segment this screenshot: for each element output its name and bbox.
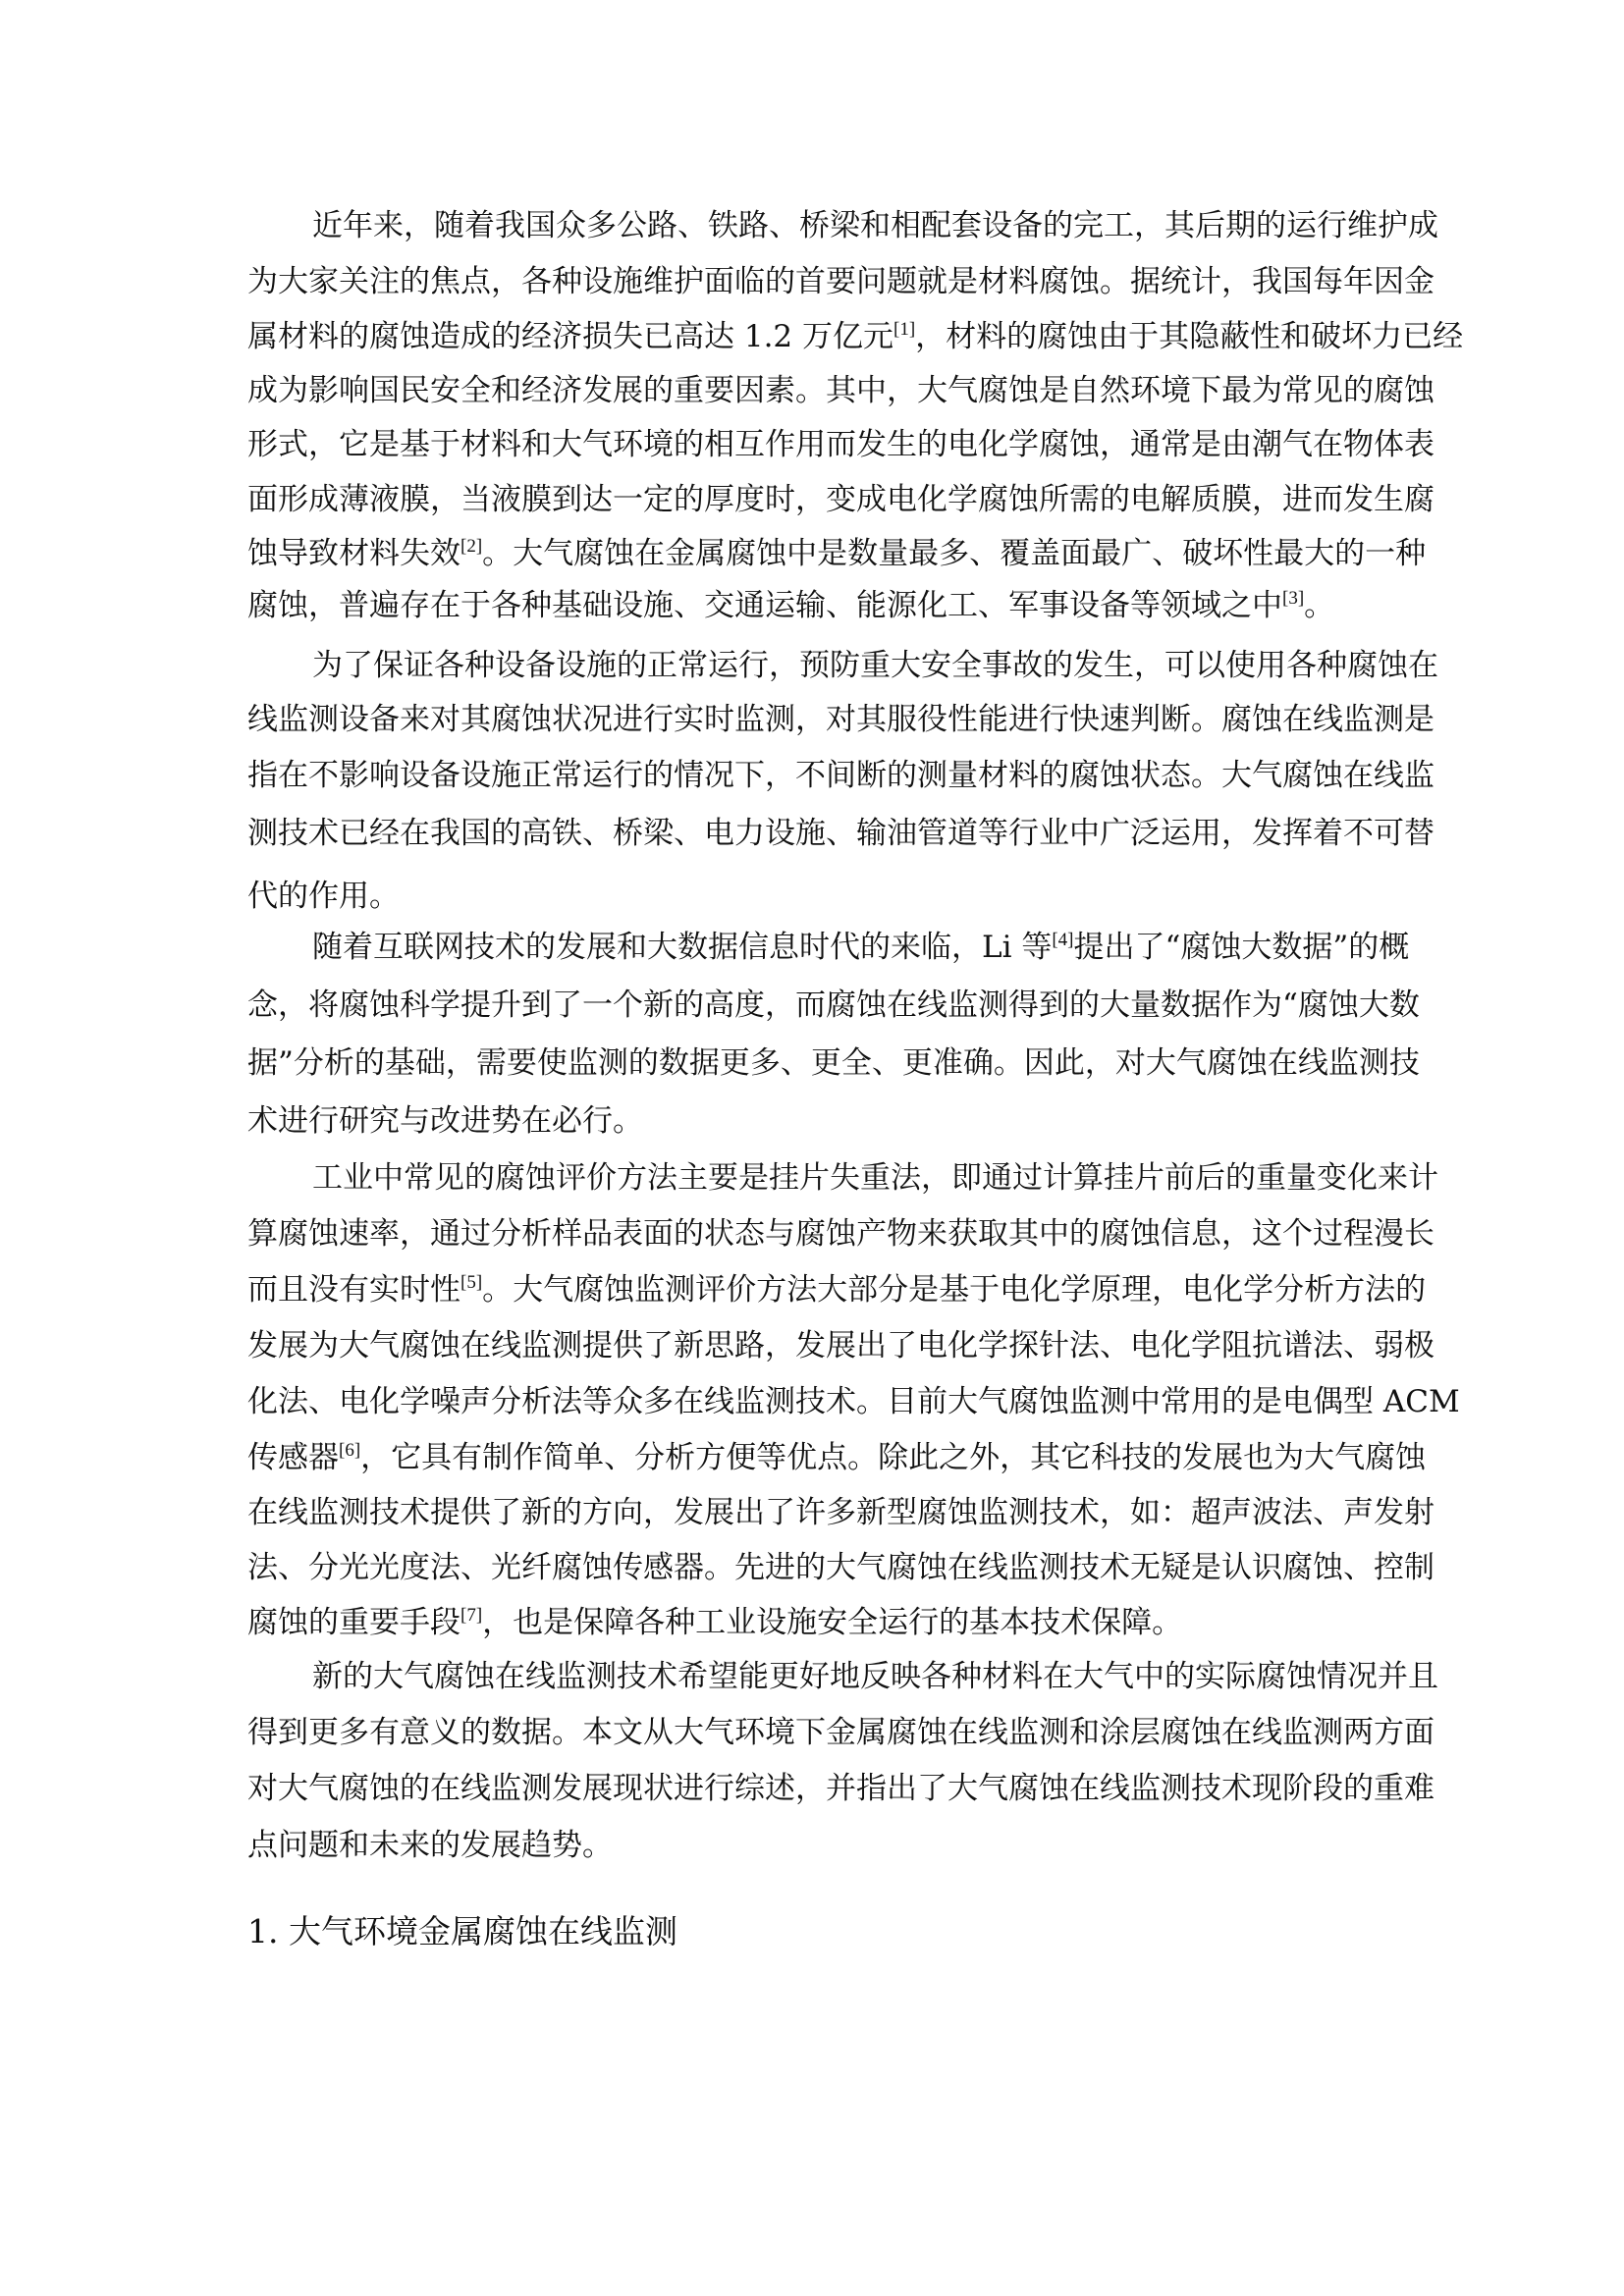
text-run: 代的作用。 xyxy=(247,879,400,914)
paragraph-1-line: 属材料的腐蚀造成的经济损失已高达 1.2 万亿元[1]，材料的腐蚀由于其隐蔽性和… xyxy=(247,317,1377,356)
paragraph-3-line: 念，将腐蚀科学提升到了一个新的高度，而腐蚀在线监测得到的大量数据作为“腐蚀大数 xyxy=(247,986,1377,1025)
paragraph-2-line: 代的作用。 xyxy=(247,877,1377,916)
citation-ref: [7] xyxy=(460,1605,482,1626)
text-run: 随着互联网技术的发展和大数据信息时代的来临，Li 等 xyxy=(312,930,1052,965)
paragraph-5-line: 得到更多有意义的数据。本文从大气环境下金属腐蚀在线监测和涂层腐蚀在线监测两方面 xyxy=(247,1713,1377,1752)
text-run: 点问题和未来的发展趋势。 xyxy=(247,1828,613,1863)
text-run: 属材料的腐蚀造成的经济损失已高达 1.2 万亿元 xyxy=(247,319,893,354)
paragraph-1-line: 形式，它是基于材料和大气环境的相互作用而发生的电化学腐蚀，通常是由潮气在物体表 xyxy=(247,425,1377,464)
paragraph-4-line: 法、分光光度法、光纤腐蚀传感器。先进的大气腐蚀在线监测技术无疑是认识腐蚀、控制 xyxy=(247,1548,1377,1587)
text-run: 工业中常见的腐蚀评价方法主要是挂片失重法，即通过计算挂片前后的重量变化来计 xyxy=(312,1160,1438,1196)
paragraph-1-line: 近年来，随着我国众多公路、铁路、桥梁和相配套设备的完工，其后期的运行维护成 xyxy=(247,206,1377,245)
text-run: 测技术已经在我国的高铁、桥梁、电力设施、输油管道等行业中广泛运用，发挥着不可替 xyxy=(247,816,1435,851)
text-run: 术进行研究与改进势在必行。 xyxy=(247,1103,643,1139)
paragraph-5-line: 新的大气腐蚀在线监测技术希望能更好地反映各种材料在大气中的实际腐蚀情况并且 xyxy=(247,1657,1377,1696)
text-run: 为大家关注的焦点，各种设施维护面临的首要问题就是材料腐蚀。据统计，我国每年因金 xyxy=(247,264,1435,299)
text-run: 念，将腐蚀科学提升到了一个新的高度，而腐蚀在线监测得到的大量数据作为“腐蚀大数 xyxy=(247,988,1420,1023)
paragraph-5-line: 点问题和未来的发展趋势。 xyxy=(247,1826,1377,1865)
text-run: ，它具有制作简单、分析方便等优点。除此之外，其它科技的发展也为大气腐蚀 xyxy=(360,1440,1426,1475)
paragraph-4-line: 工业中常见的腐蚀评价方法主要是挂片失重法，即通过计算挂片前后的重量变化来计 xyxy=(247,1158,1377,1198)
text-run: 蚀导致材料失效 xyxy=(247,536,460,571)
text-run: 得到更多有意义的数据。本文从大气环境下金属腐蚀在线监测和涂层腐蚀在线监测两方面 xyxy=(247,1715,1435,1750)
paragraph-4-line: 腐蚀的重要手段[7]，也是保障各种工业设施安全运行的基本技术保障。 xyxy=(247,1603,1377,1642)
paragraph-1-line: 腐蚀，普遍存在于各种基础设施、交通运输、能源化工、军事设备等领域之中[3]。 xyxy=(247,586,1377,625)
paragraph-3-line: 据”分析的基础，需要使监测的数据更多、更全、更准确。因此，对大气腐蚀在线监测技 xyxy=(247,1043,1377,1083)
text-run: 为了保证各种设备设施的正常运行，预防重大安全事故的发生，可以使用各种腐蚀在 xyxy=(312,648,1438,683)
text-run: 对大气腐蚀的在线监测发展现状进行综述，并指出了大气腐蚀在线监测技术现阶段的重难 xyxy=(247,1771,1435,1806)
citation-ref: [2] xyxy=(460,536,482,557)
paragraph-1-line: 成为影响国民安全和经济发展的重要因素。其中，大气腐蚀是自然环境下最为常见的腐蚀 xyxy=(247,371,1377,410)
paragraph-3-line: 术进行研究与改进势在必行。 xyxy=(247,1101,1377,1141)
citation-ref: [6] xyxy=(339,1440,360,1461)
text-run: 线监测设备来对其腐蚀状况进行实时监测，对其服役性能进行快速判断。腐蚀在线监测是 xyxy=(247,702,1435,737)
paragraph-2-line: 为了保证各种设备设施的正常运行，预防重大安全事故的发生，可以使用各种腐蚀在 xyxy=(247,646,1377,685)
citation-ref: [5] xyxy=(460,1272,482,1293)
text-run: 。 xyxy=(1304,588,1334,623)
text-run: 腐蚀，普遍存在于各种基础设施、交通运输、能源化工、军事设备等领域之中 xyxy=(247,588,1282,623)
paragraph-2-line: 测技术已经在我国的高铁、桥梁、电力设施、输油管道等行业中广泛运用，发挥着不可替 xyxy=(247,814,1377,853)
text-run: 形式，它是基于材料和大气环境的相互作用而发生的电化学腐蚀，通常是由潮气在物体表 xyxy=(247,427,1435,462)
text-run: 。大气腐蚀在金属腐蚀中是数量最多、覆盖面最广、破坏性最大的一种 xyxy=(482,536,1426,571)
paragraph-4-line: 而且没有实时性[5]。大气腐蚀监测评价方法大部分是基于电化学原理，电化学分析方法… xyxy=(247,1270,1377,1309)
paragraph-4-line: 化法、电化学噪声分析法等众多在线监测技术。目前大气腐蚀监测中常用的是电偶型 AC… xyxy=(247,1382,1377,1421)
paragraph-2-line: 指在不影响设备设施正常运行的情况下，不间断的测量材料的腐蚀状态。大气腐蚀在线监 xyxy=(247,756,1377,795)
text-run: 面形成薄液膜，当液膜到达一定的厚度时，变成电化学腐蚀所需的电解质膜，进而发生腐 xyxy=(247,482,1435,517)
text-run: 近年来，随着我国众多公路、铁路、桥梁和相配套设备的完工，其后期的运行维护成 xyxy=(312,208,1438,243)
citation-ref: [4] xyxy=(1052,930,1073,950)
citation-ref: [1] xyxy=(893,319,915,340)
paragraph-5-line: 对大气腐蚀的在线监测发展现状进行综述，并指出了大气腐蚀在线监测技术现阶段的重难 xyxy=(247,1769,1377,1808)
text-run: 而且没有实时性 xyxy=(247,1272,460,1308)
text-run: 腐蚀的重要手段 xyxy=(247,1605,460,1640)
paragraph-1-line: 面形成薄液膜，当液膜到达一定的厚度时，变成电化学腐蚀所需的电解质膜，进而发生腐 xyxy=(247,480,1377,519)
paragraph-1-line: 为大家关注的焦点，各种设施维护面临的首要问题就是材料腐蚀。据统计，我国每年因金 xyxy=(247,262,1377,301)
text-run: 指在不影响设备设施正常运行的情况下，不间断的测量材料的腐蚀状态。大气腐蚀在线监 xyxy=(247,758,1435,793)
text-run: 在线监测技术提供了新的方向，发展出了许多新型腐蚀监测技术，如：超声波法、声发射 xyxy=(247,1495,1435,1530)
paragraph-3-line: 随着互联网技术的发展和大数据信息时代的来临，Li 等[4]提出了“腐蚀大数据”的… xyxy=(247,928,1377,967)
text-run: 。大气腐蚀监测评价方法大部分是基于电化学原理，电化学分析方法的 xyxy=(482,1272,1426,1308)
paragraph-4-line: 发展为大气腐蚀在线监测提供了新思路，发展出了电化学探针法、电化学阻抗谱法、弱极 xyxy=(247,1326,1377,1365)
text-run: 新的大气腐蚀在线监测技术希望能更好地反映各种材料在大气中的实际腐蚀情况并且 xyxy=(312,1659,1438,1694)
text-run: 化法、电化学噪声分析法等众多在线监测技术。目前大气腐蚀监测中常用的是电偶型 AC… xyxy=(247,1384,1460,1419)
text-run: 传感器 xyxy=(247,1440,339,1475)
paragraph-4-line: 算腐蚀速率，通过分析样品表面的状态与腐蚀产物来获取其中的腐蚀信息，这个过程漫长 xyxy=(247,1214,1377,1254)
document-page: 近年来，随着我国众多公路、铁路、桥梁和相配套设备的完工，其后期的运行维护成为大家… xyxy=(0,0,1624,2296)
paragraph-2-line: 线监测设备来对其腐蚀状况进行实时监测，对其服役性能进行快速判断。腐蚀在线监测是 xyxy=(247,700,1377,739)
text-run: 提出了“腐蚀大数据”的概 xyxy=(1074,930,1410,965)
text-run: ，材料的腐蚀由于其隐蔽性和破坏力已经 xyxy=(915,319,1463,354)
text-run: 据”分析的基础，需要使监测的数据更多、更全、更准确。因此，对大气腐蚀在线监测技 xyxy=(247,1045,1420,1081)
paragraph-1-line: 蚀导致材料失效[2]。大气腐蚀在金属腐蚀中是数量最多、覆盖面最广、破坏性最大的一… xyxy=(247,534,1377,573)
text-run: ，也是保障各种工业设施安全运行的基本技术保障。 xyxy=(482,1605,1182,1640)
text-run: 算腐蚀速率，通过分析样品表面的状态与腐蚀产物来获取其中的腐蚀信息，这个过程漫长 xyxy=(247,1216,1435,1252)
section-heading: 1. 大气环境金属腐蚀在线监测 xyxy=(247,1910,677,1953)
text-run: 发展为大气腐蚀在线监测提供了新思路，发展出了电化学探针法、电化学阻抗谱法、弱极 xyxy=(247,1328,1435,1363)
text-run: 法、分光光度法、光纤腐蚀传感器。先进的大气腐蚀在线监测技术无疑是认识腐蚀、控制 xyxy=(247,1550,1435,1585)
paragraph-4-line: 在线监测技术提供了新的方向，发展出了许多新型腐蚀监测技术，如：超声波法、声发射 xyxy=(247,1493,1377,1532)
paragraph-4-line: 传感器[6]，它具有制作简单、分析方便等优点。除此之外，其它科技的发展也为大气腐… xyxy=(247,1438,1377,1477)
text-run: 成为影响国民安全和经济发展的重要因素。其中，大气腐蚀是自然环境下最为常见的腐蚀 xyxy=(247,373,1435,408)
citation-ref: [3] xyxy=(1282,588,1304,609)
